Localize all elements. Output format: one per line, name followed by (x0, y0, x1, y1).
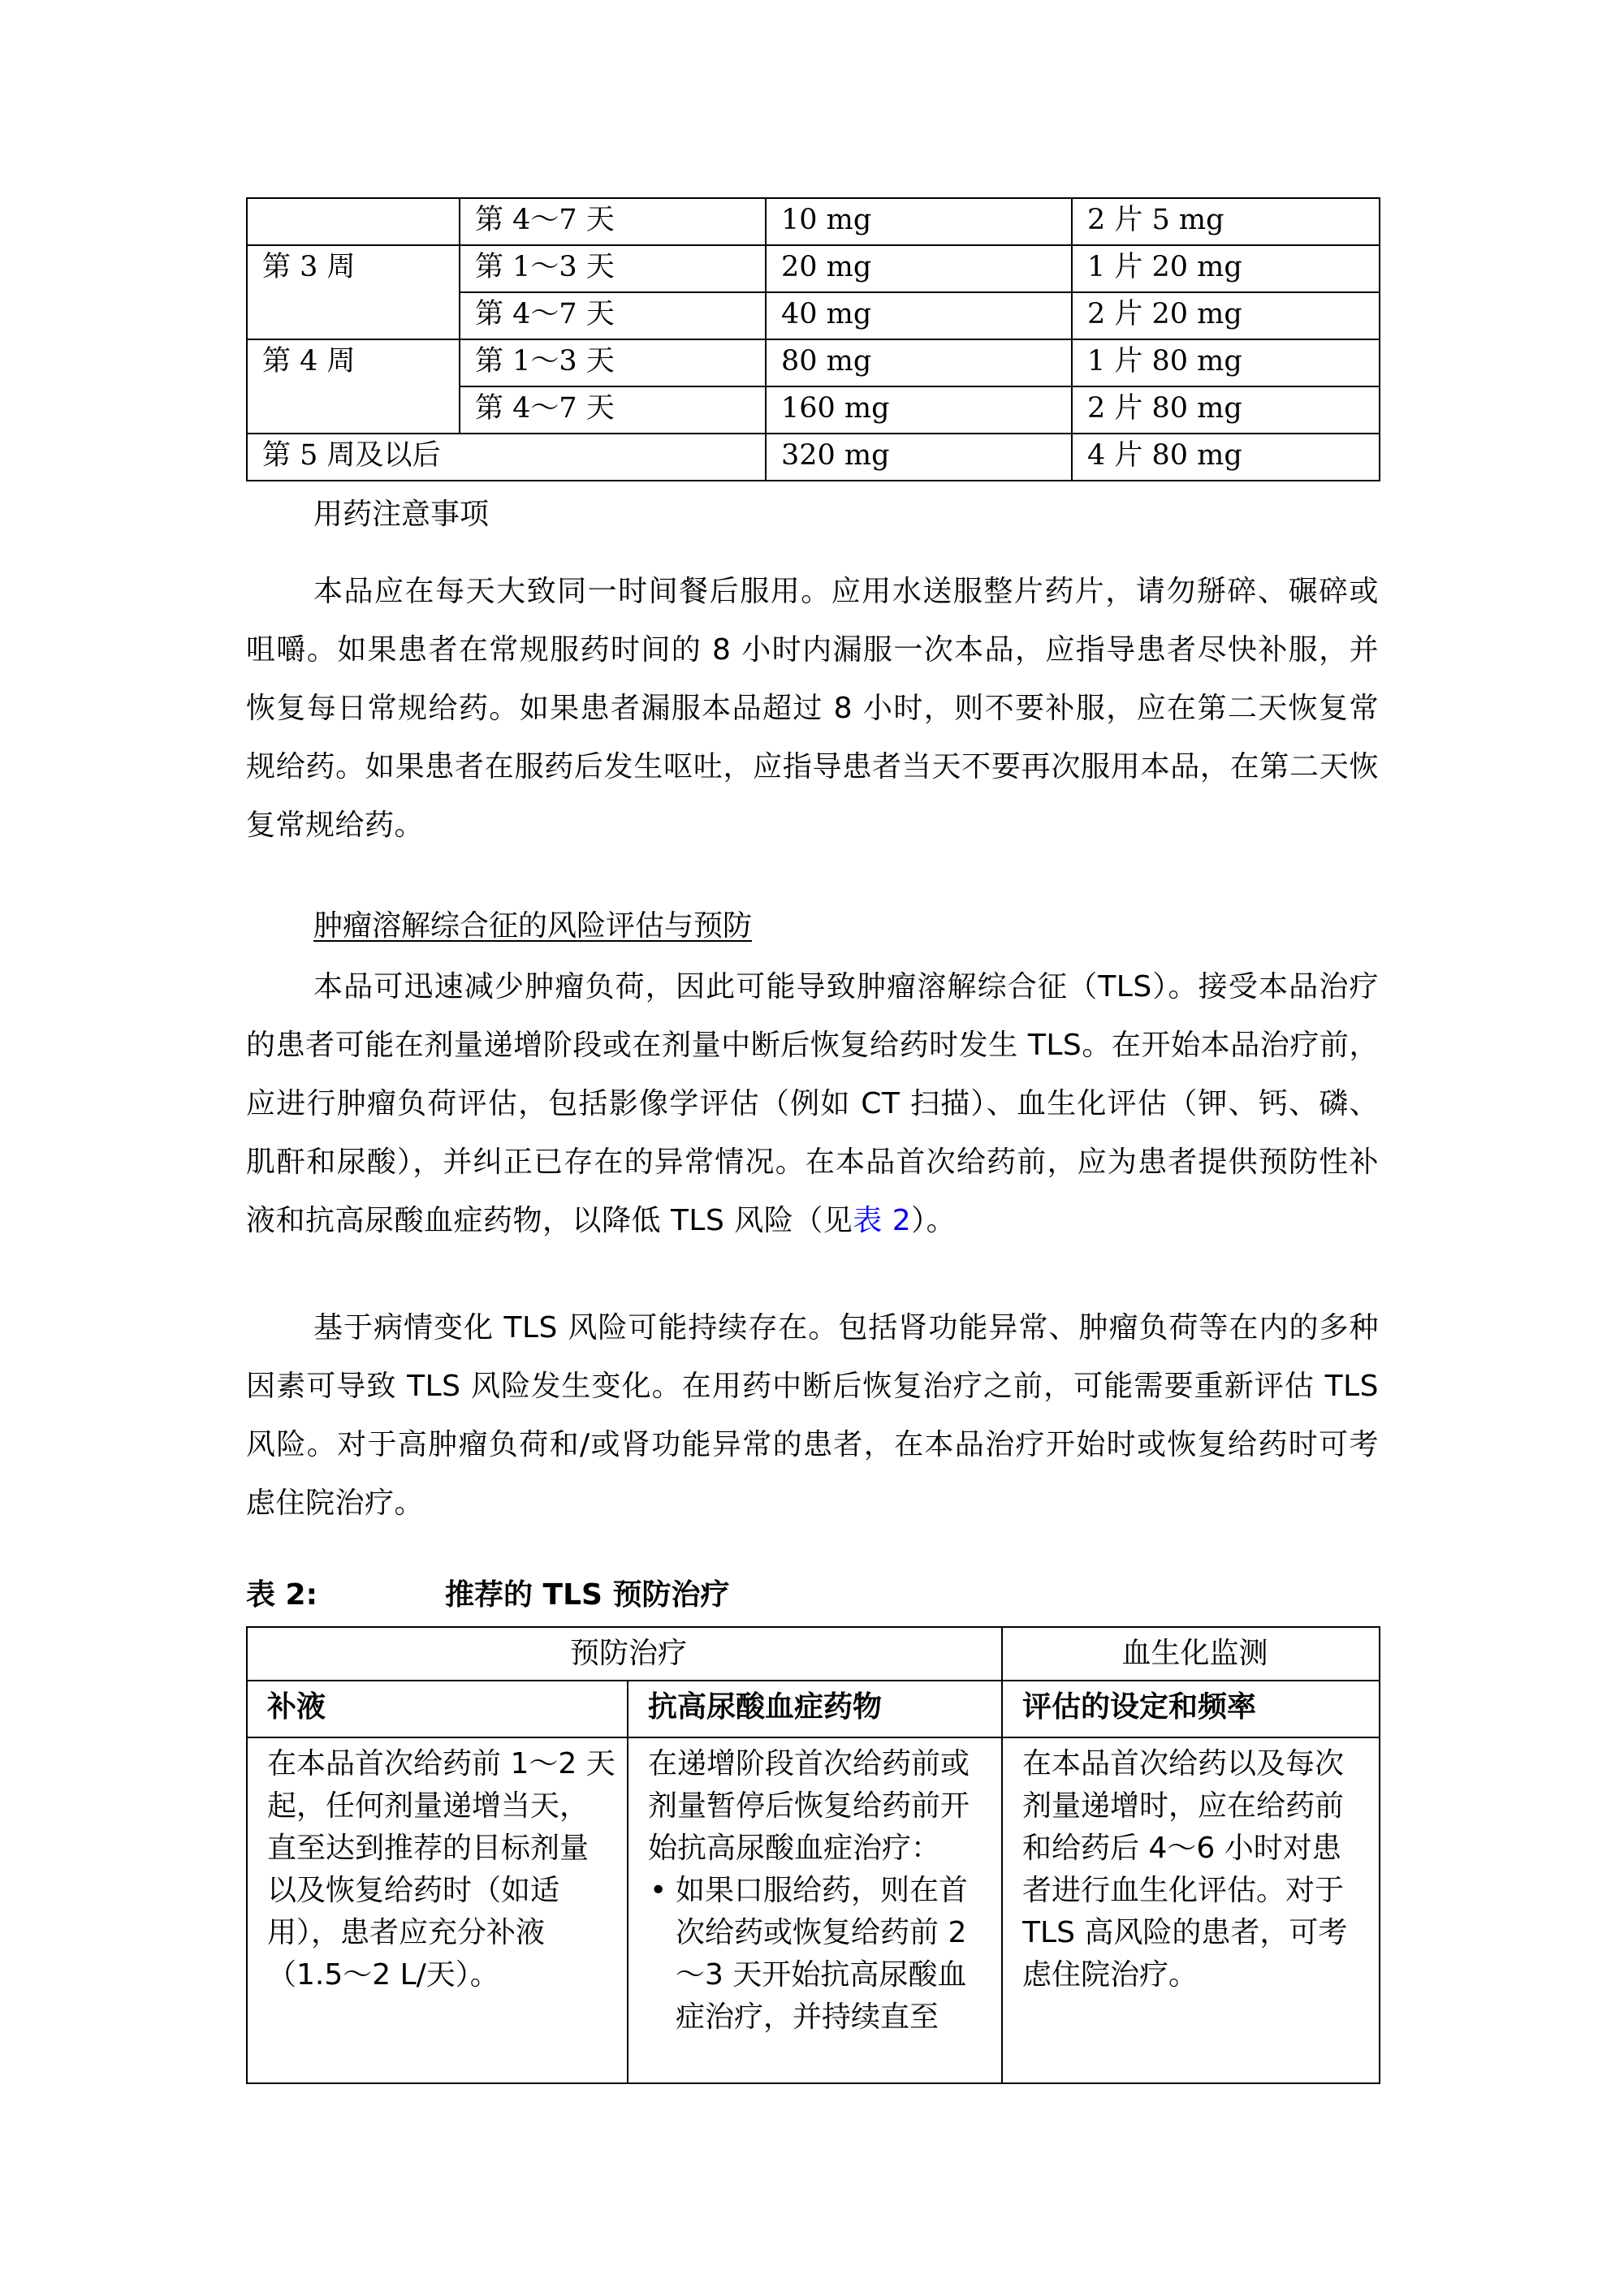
group-header-prophylaxis: 预防治疗 (247, 1627, 1002, 1681)
hydration-cell: 在本品首次给药前 1～2 天起，任何剂量递增当天，直至达到推荐的目标剂量以及恢复… (247, 1737, 628, 2083)
table-row: 在本品首次给药前 1～2 天起，任何剂量递增当天，直至达到推荐的目标剂量以及恢复… (247, 1737, 1380, 2083)
antihyperuricemic-intro: 在递增阶段首次给药前或剂量暂停后恢复给药前开始抗高尿酸血症治疗： (648, 1743, 990, 1870)
group-header-monitoring: 血生化监测 (1002, 1627, 1380, 1681)
table-header-row: 补液 抗高尿酸血症药物 评估的设定和频率 (247, 1681, 1380, 1737)
column-header-antihyperuricemic: 抗高尿酸血症药物 (628, 1681, 1002, 1737)
dose-cell: 320 mg (766, 434, 1072, 481)
days-cell: 第 4～7 天 (460, 386, 766, 434)
table-row: 第 5 周及以后 320 mg 4 片 80 mg (247, 434, 1380, 481)
dose-escalation-table: 第 4～7 天 10 mg 2 片 5 mg 第 3 周 第 1～3 天 20 … (246, 197, 1380, 481)
table-row: 第 4 周 第 1～3 天 80 mg 1 片 80 mg (247, 339, 1380, 386)
bullet-list: 如果口服给药，则在首次给药或恢复给药前 2～3 天开始抗高尿酸血症治疗，并持续直… (648, 1870, 990, 2039)
days-cell: 第 4～7 天 (460, 198, 766, 245)
week-cell: 第 5 周及以后 (247, 434, 766, 481)
days-cell: 第 1～3 天 (460, 245, 766, 292)
tablets-cell: 1 片 20 mg (1072, 245, 1380, 292)
tablets-cell: 2 片 5 mg (1072, 198, 1380, 245)
table-row: 第 3 周 第 1～3 天 20 mg 1 片 20 mg (247, 245, 1380, 292)
column-header-hydration: 补液 (247, 1681, 628, 1737)
antihyperuricemic-cell: 在递增阶段首次给药前或剂量暂停后恢复给药前开始抗高尿酸血症治疗： 如果口服给药，… (628, 1737, 1002, 2083)
dose-cell: 160 mg (766, 386, 1072, 434)
column-header-assessment: 评估的设定和频率 (1002, 1681, 1380, 1737)
table-caption-title: 推荐的 TLS 预防治疗 (445, 1572, 730, 1613)
paragraph-text: 本品可迅速减少肿瘤负荷，因此可能导致肿瘤溶解综合征（TLS）。接受本品治疗的患者… (246, 970, 1379, 1237)
paragraph-tls-1: 本品可迅速减少肿瘤负荷，因此可能导致肿瘤溶解综合征（TLS）。接受本品治疗的患者… (246, 958, 1379, 1250)
table2-link[interactable]: 表 2 (853, 1204, 911, 1237)
dose-cell: 80 mg (766, 339, 1072, 386)
table-header-row: 预防治疗 血生化监测 (247, 1627, 1380, 1681)
tls-prophylaxis-table: 预防治疗 血生化监测 补液 抗高尿酸血症药物 评估的设定和频率 在本品首次给药前… (246, 1626, 1380, 2084)
dose-cell: 10 mg (766, 198, 1072, 245)
tablets-cell: 2 片 80 mg (1072, 386, 1380, 434)
tablets-cell: 1 片 80 mg (1072, 339, 1380, 386)
dose-cell: 20 mg (766, 245, 1072, 292)
section-heading-tls: 肿瘤溶解综合征的风险评估与预防 (313, 903, 752, 944)
paragraph-tls-2: 基于病情变化 TLS 风险可能持续存在。包括肾功能异常、肿瘤负荷等在内的多种因素… (246, 1299, 1379, 1533)
week-cell (247, 198, 460, 245)
week-cell: 第 4 周 (247, 339, 460, 434)
week-cell: 第 3 周 (247, 245, 460, 339)
paragraph-text: ）。 (911, 1204, 956, 1237)
dose-cell: 40 mg (766, 292, 1072, 339)
days-cell: 第 1～3 天 (460, 339, 766, 386)
table-row: 第 4～7 天 10 mg 2 片 5 mg (247, 198, 1380, 245)
tablets-cell: 4 片 80 mg (1072, 434, 1380, 481)
paragraph-medication: 本品应在每天大致同一时间餐后服用。应用水送服整片药片，请勿掰碎、碾碎或咀嚼。如果… (246, 563, 1379, 855)
monitoring-cell: 在本品首次给药以及每次剂量递增时，应在给药前和给药后 4～6 小时对患者进行血生… (1002, 1737, 1380, 2083)
section-heading-medication: 用药注意事项 (313, 491, 489, 533)
days-cell: 第 4～7 天 (460, 292, 766, 339)
tablets-cell: 2 片 20 mg (1072, 292, 1380, 339)
table-caption-label: 表 2: (246, 1572, 317, 1613)
bullet-item: 如果口服给药，则在首次给药或恢复给药前 2～3 天开始抗高尿酸血症治疗，并持续直… (676, 1870, 990, 2039)
